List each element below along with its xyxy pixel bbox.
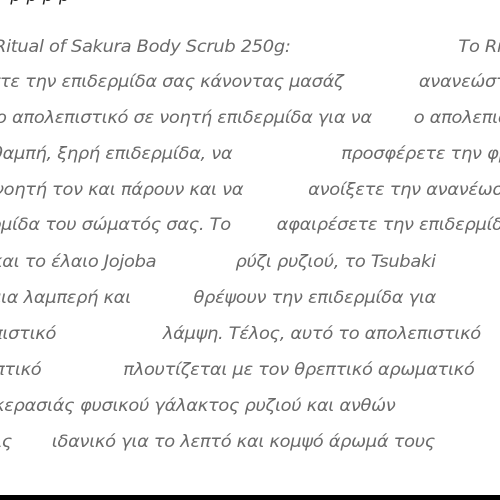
text-line-right: αφαιρέσετε την επιδερμίδα [277, 215, 500, 235]
text-line-left: ρμίδα του σώματός σας. Το [0, 215, 231, 235]
text-line-left: πτικό [0, 360, 41, 380]
text-line-right: θρέψουν την επιδερμίδα για [193, 288, 436, 308]
text-line-left: ξέστε την επιδερμίδα σας κάνοντας μασάζ [0, 72, 343, 92]
text-line-left: θαμπή, ξηρή επιδερμίδα, να [0, 144, 232, 164]
text-line-left: μια λαμπερή και [0, 288, 131, 308]
text-line-right: ιδανικό για το λεπτό και κομψό άρωμά του… [52, 432, 435, 452]
text-line-left: πιστικό [0, 324, 56, 344]
text-line-right: ανοίξετε την ανανέωση [308, 180, 500, 200]
text-line-left: ις [0, 432, 12, 452]
text-line-right: προσφέρετε την φροντίδα [341, 144, 500, 164]
text-line-left: κερασιάς [0, 396, 74, 416]
text-line-right: ανανεώστε την επιδερμίδα [419, 72, 500, 92]
bottom-border [0, 495, 500, 500]
text-line-right: ο απολεπιστικό [414, 108, 500, 128]
clipped-top-line: ρ ρ ρ ρ [10, 0, 69, 6]
text-line-right: Το Ritual [458, 37, 500, 57]
text-line-right: λάμψη. Τέλος, αυτό το απολεπιστικό [163, 324, 481, 344]
text-line-left: και το έλαιο Jojoba [0, 252, 156, 272]
text-line-right: φυσικού γάλακτος ρυζιού και ανθών [80, 396, 395, 416]
text-line-right: πλουτίζεται με τον θρεπτικό αρωματικό [123, 360, 474, 380]
text-line-left: Ritual of Sakura Body Scrub 250g: [0, 37, 291, 57]
document-page: ρ ρ ρ ρ Ritual of Sakura Body Scrub 250g… [0, 0, 500, 500]
text-line-right: ρύζι ρυζιού, το Tsubaki [235, 252, 435, 272]
text-line-left: νοητή τον και πάρουν και να [0, 180, 243, 200]
text-line-left: ο απολεπιστικό σε νοητή επιδερμίδα για ν… [0, 108, 372, 128]
